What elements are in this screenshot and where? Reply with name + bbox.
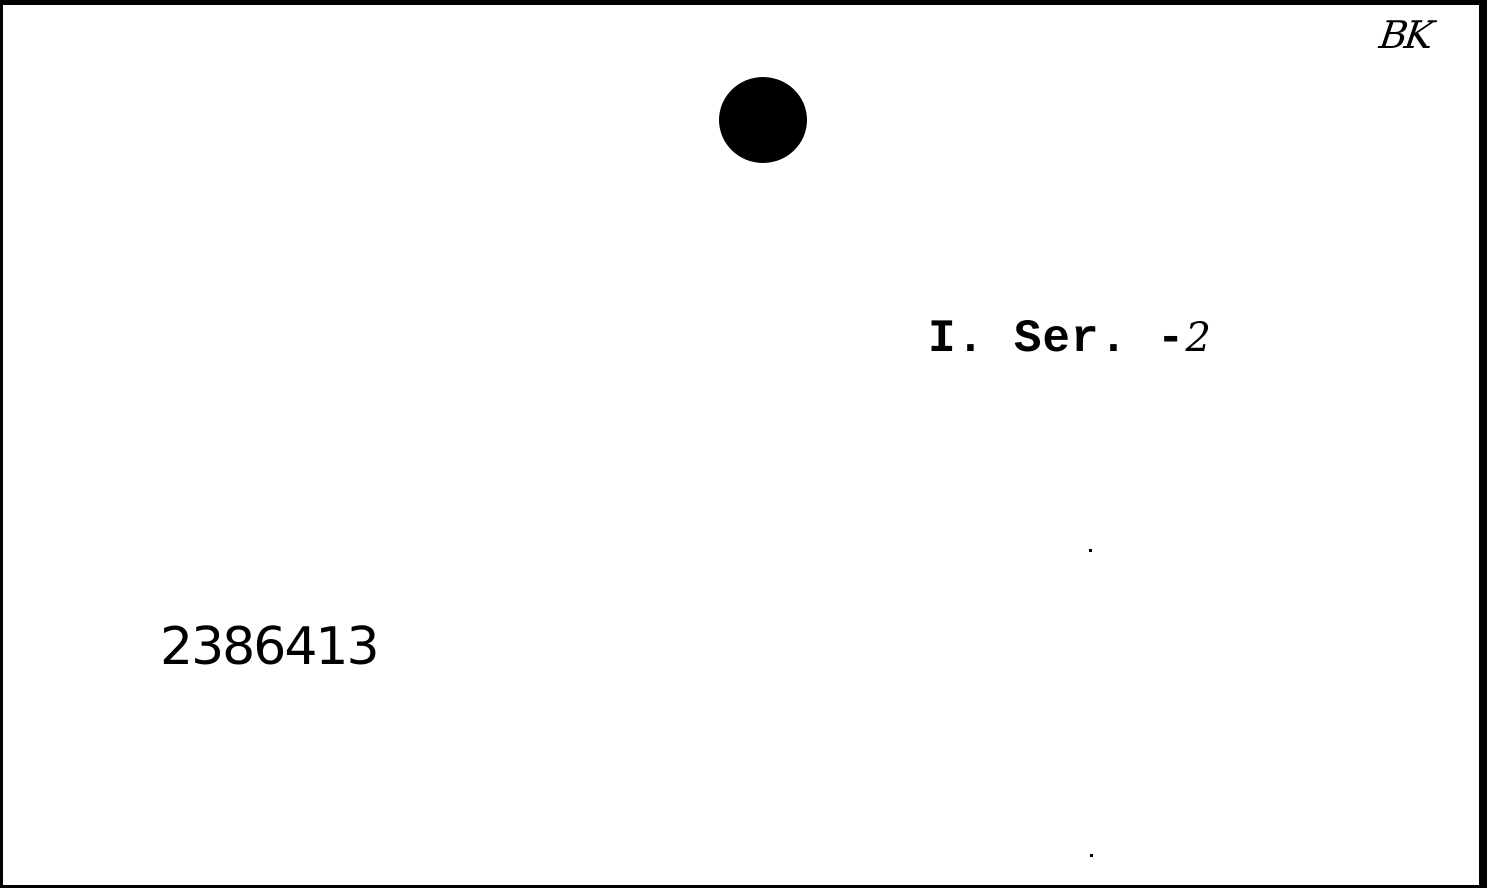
punch-hole (719, 77, 807, 163)
ink-speck (1089, 549, 1092, 552)
series-prefix: I. Ser. - (928, 313, 1185, 365)
ink-speck (1090, 854, 1093, 857)
series-number: 2 (1185, 315, 1211, 361)
index-card: BK I. Ser. -2 2386413 (3, 5, 1479, 885)
handwritten-initials: BK (1377, 13, 1434, 57)
catalog-number: 2386413 (160, 617, 378, 677)
series-label: I. Ser. -2 (928, 313, 1212, 365)
